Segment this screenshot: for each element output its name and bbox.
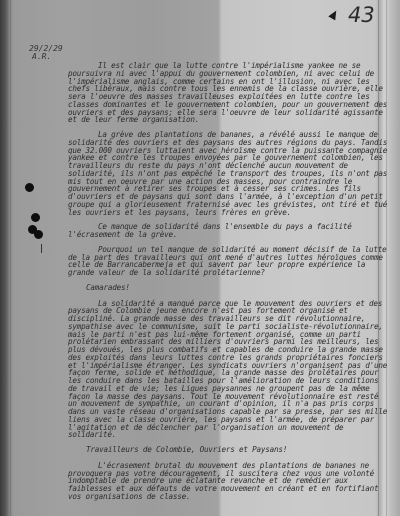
scan-mark <box>41 244 42 253</box>
page-number: 43 <box>348 3 375 27</box>
punch-hole-icon <box>25 183 34 192</box>
paragraph: Il est clair que la lutte contre l'impér… <box>68 62 388 124</box>
paragraph: La grève des plantations de bananes, a r… <box>68 131 388 216</box>
paragraph: Ce manque de solidarité dans l'ensemble … <box>68 223 388 239</box>
punch-hole-icon <box>31 213 40 222</box>
salutation: Travailleurs de Colombie, Ouvriers et Pa… <box>68 446 388 454</box>
handwritten-mark-icon <box>328 9 339 21</box>
margin-line <box>10 0 11 516</box>
paragraph: La solidarité a manqué parce que le mouv… <box>68 300 388 440</box>
initials: A.R. <box>32 53 63 61</box>
date-stamp: 29/2/29 A.R. <box>29 45 63 61</box>
paragraph: L'écrasement brutal du mouvement des pla… <box>68 462 388 501</box>
paragraph: Pourquoi un tel manque de solidarité au … <box>68 246 388 277</box>
salutation: Camarades! <box>68 284 388 292</box>
scanned-page: 43 29/2/29 A.R. Il est clair que la lutt… <box>0 0 400 516</box>
punch-hole-icon <box>34 230 43 239</box>
typed-body: Il est clair que la lutte contre l'impér… <box>68 62 388 508</box>
